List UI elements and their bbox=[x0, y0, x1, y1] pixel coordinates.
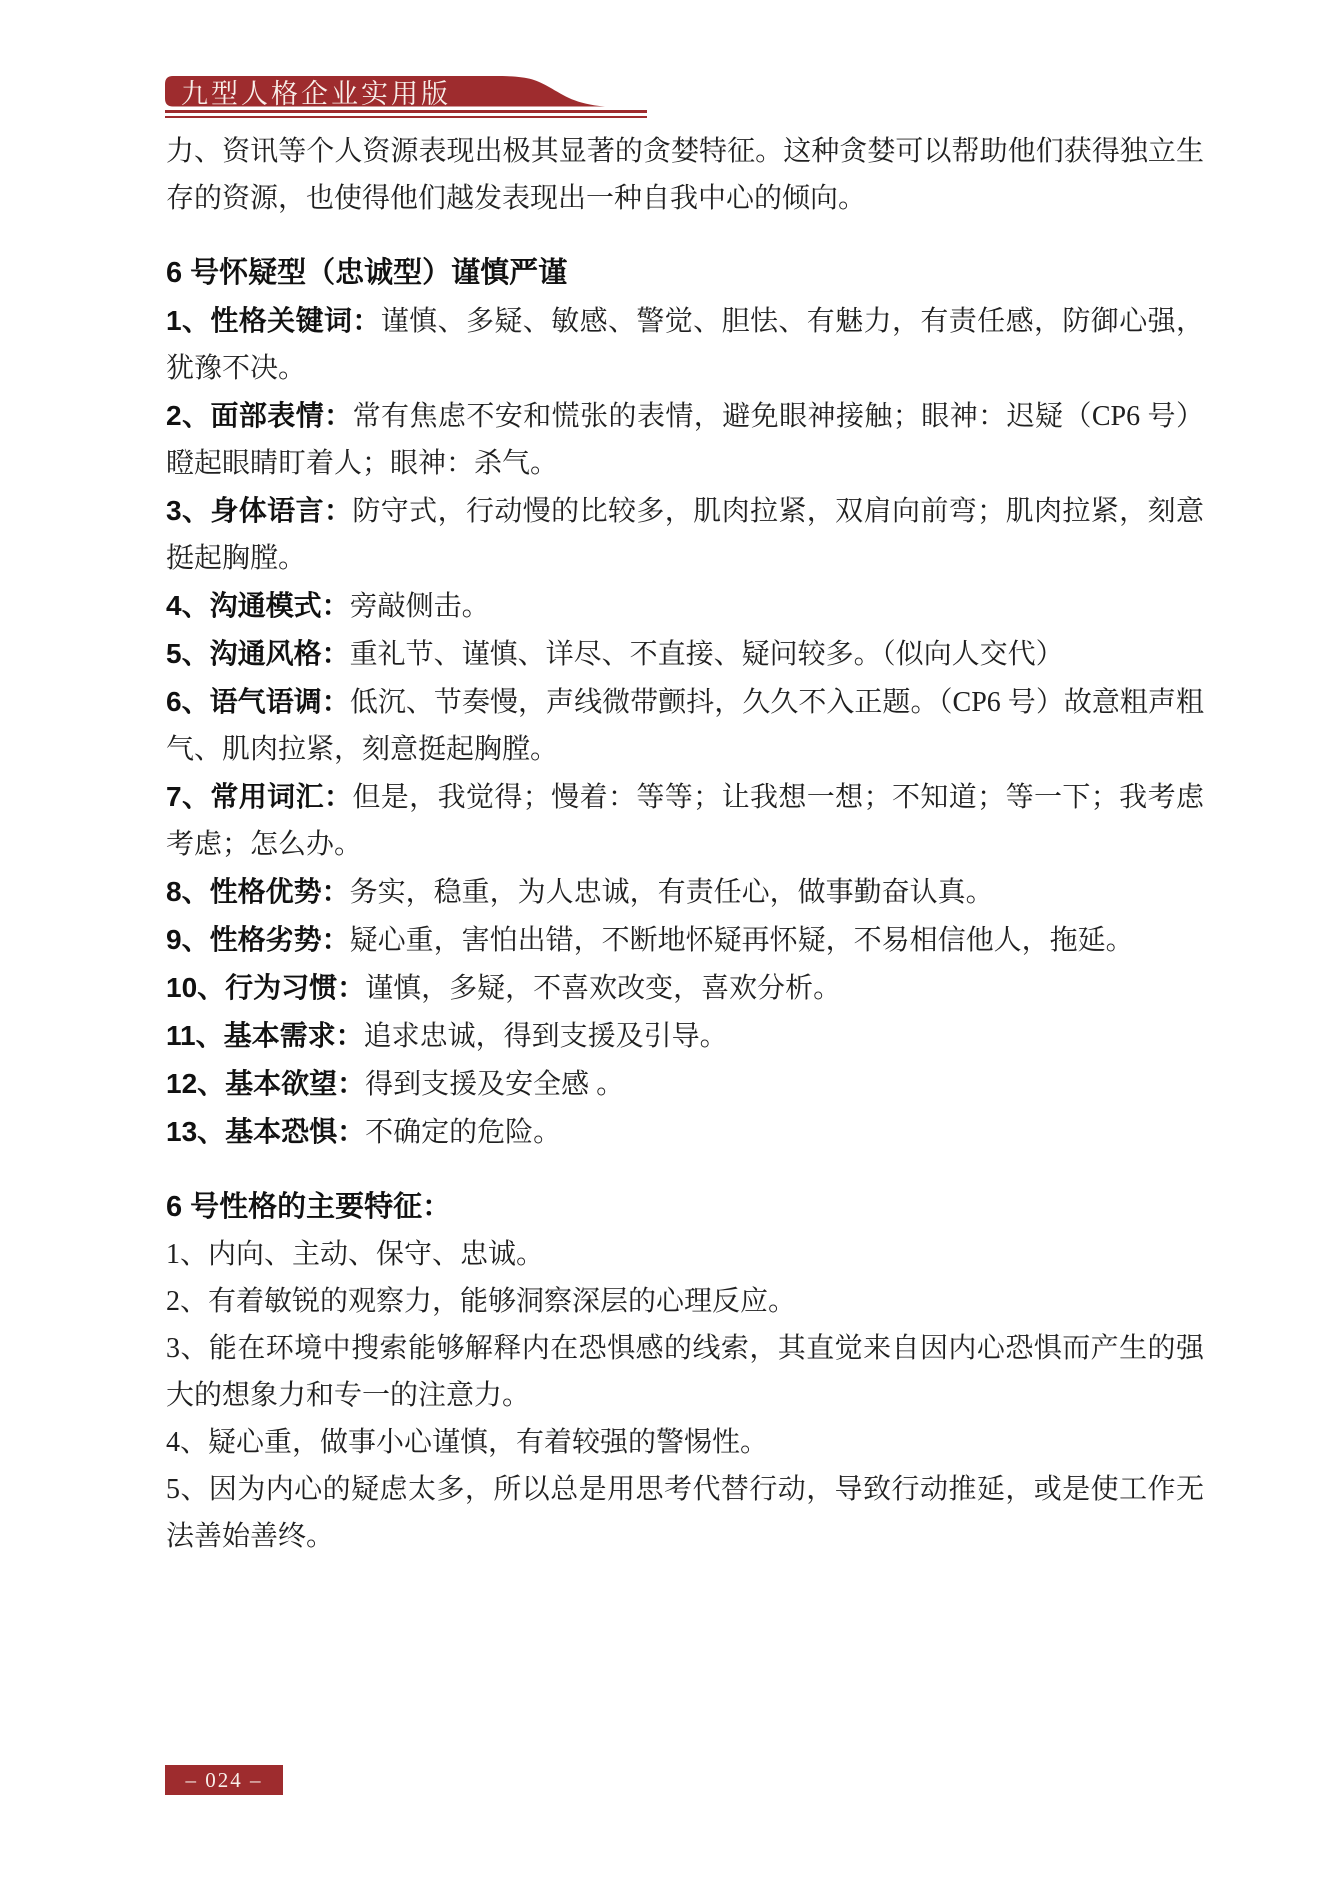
list-item: 5、沟通风格：重礼节、谨慎、详尽、不直接、疑问较多。（似向人交代） bbox=[166, 630, 1204, 678]
item-label: 9、性格劣势： bbox=[166, 924, 350, 955]
list-item: 2、面部表情：常有焦虑不安和慌张的表情，避免眼神接触；眼神：迟疑（CP6 号）瞪… bbox=[166, 392, 1204, 487]
list-item: 6、语气语调：低沉、节奏慢，声线微带颤抖，久久不入正题。（CP6 号）故意粗声粗… bbox=[166, 678, 1204, 773]
item-text: 不确定的危险。 bbox=[365, 1117, 561, 1148]
item-label: 4、沟通模式： bbox=[166, 590, 350, 621]
list-item: 3、能在环境中搜索能够解释内在恐惧感的线索，其直觉来自因内心恐惧而产生的强大的想… bbox=[166, 1325, 1204, 1419]
item-label: 1、性格关键词： bbox=[166, 305, 381, 336]
item-label: 6、语气语调： bbox=[166, 686, 350, 717]
list-item: 11、基本需求：追求忠诚，得到支援及引导。 bbox=[166, 1012, 1204, 1060]
section1-heading: 6 号怀疑型（忠诚型）谨慎严谨 bbox=[166, 250, 1204, 297]
item-text: 追求忠诚，得到支援及引导。 bbox=[364, 1021, 728, 1052]
item-label: 11、基本需求： bbox=[166, 1020, 364, 1051]
item-text: 务实，稳重，为人忠诚，有责任心，做事勤奋认真。 bbox=[350, 877, 994, 908]
list-item: 7、常用词汇：但是，我觉得；慢着：等等；让我想一想；不知道；等一下；我考虑考虑；… bbox=[166, 773, 1204, 868]
item-label: 3、身体语言： bbox=[166, 495, 352, 526]
item-text: 谨慎，多疑，不喜欢改变，喜欢分析。 bbox=[365, 973, 841, 1004]
banner-underline-thin bbox=[165, 116, 647, 118]
item-label: 5、沟通风格： bbox=[166, 638, 350, 669]
item-label: 2、面部表情： bbox=[166, 400, 353, 431]
list-item: 13、基本恐惧：不确定的危险。 bbox=[166, 1108, 1204, 1156]
list-item: 8、性格优势：务实，稳重，为人忠诚，有责任心，做事勤奋认真。 bbox=[166, 868, 1204, 916]
item-label: 7、常用词汇： bbox=[166, 781, 352, 812]
book-page: { "colors":{ "brand_red":"#9E2C2E", "tex… bbox=[0, 0, 1339, 1890]
list-item: 2、有着敏锐的观察力，能够洞察深层的心理反应。 bbox=[166, 1278, 1204, 1325]
page-content: 力、资讯等个人资源表现出极其显著的贪婪特征。这种贪婪可以帮助他们获得独立生存的资… bbox=[166, 128, 1204, 1560]
list-item: 1、性格关键词：谨慎、多疑、敏感、警觉、胆怯、有魅力，有责任感，防御心强，犹豫不… bbox=[166, 297, 1204, 392]
item-text: 重礼节、谨慎、详尽、不直接、疑问较多。（似向人交代） bbox=[350, 639, 1064, 670]
book-title: 九型人格企业实用版 bbox=[181, 81, 451, 108]
page-number-badge: – 024 – bbox=[165, 1765, 283, 1795]
item-label: 12、基本欲望： bbox=[166, 1068, 365, 1099]
list-item: 10、行为习惯：谨慎，多疑，不喜欢改变，喜欢分析。 bbox=[166, 964, 1204, 1012]
item-text: 得到支援及安全感 。 bbox=[365, 1069, 624, 1100]
section2-heading: 6 号性格的主要特征： bbox=[166, 1184, 1204, 1231]
header-banner: 九型人格企业实用版 bbox=[165, 76, 647, 122]
item-label: 8、性格优势： bbox=[166, 876, 350, 907]
list-item: 3、身体语言：防守式，行动慢的比较多，肌肉拉紧，双肩向前弯；肌肉拉紧，刻意挺起胸… bbox=[166, 487, 1204, 582]
item-label: 10、行为习惯： bbox=[166, 972, 365, 1003]
list-item: 1、内向、主动、保守、忠诚。 bbox=[166, 1231, 1204, 1278]
intro-paragraph: 力、资讯等个人资源表现出极其显著的贪婪特征。这种贪婪可以帮助他们获得独立生存的资… bbox=[166, 128, 1204, 222]
item-text: 疑心重，害怕出错，不断地怀疑再怀疑，不易相信他人，拖延。 bbox=[350, 925, 1134, 956]
list-item: 12、基本欲望：得到支援及安全感 。 bbox=[166, 1060, 1204, 1108]
list-item: 9、性格劣势：疑心重，害怕出错，不断地怀疑再怀疑，不易相信他人，拖延。 bbox=[166, 916, 1204, 964]
list-item: 5、因为内心的疑虑太多，所以总是用思考代替行动，导致行动推延，或是使工作无法善始… bbox=[166, 1466, 1204, 1560]
item-label: 13、基本恐惧： bbox=[166, 1116, 365, 1147]
list-item: 4、沟通模式：旁敲侧击。 bbox=[166, 582, 1204, 630]
list-item: 4、疑心重，做事小心谨慎，有着较强的警惕性。 bbox=[166, 1419, 1204, 1466]
banner-underline-thick bbox=[165, 110, 647, 113]
item-text: 旁敲侧击。 bbox=[350, 591, 490, 622]
